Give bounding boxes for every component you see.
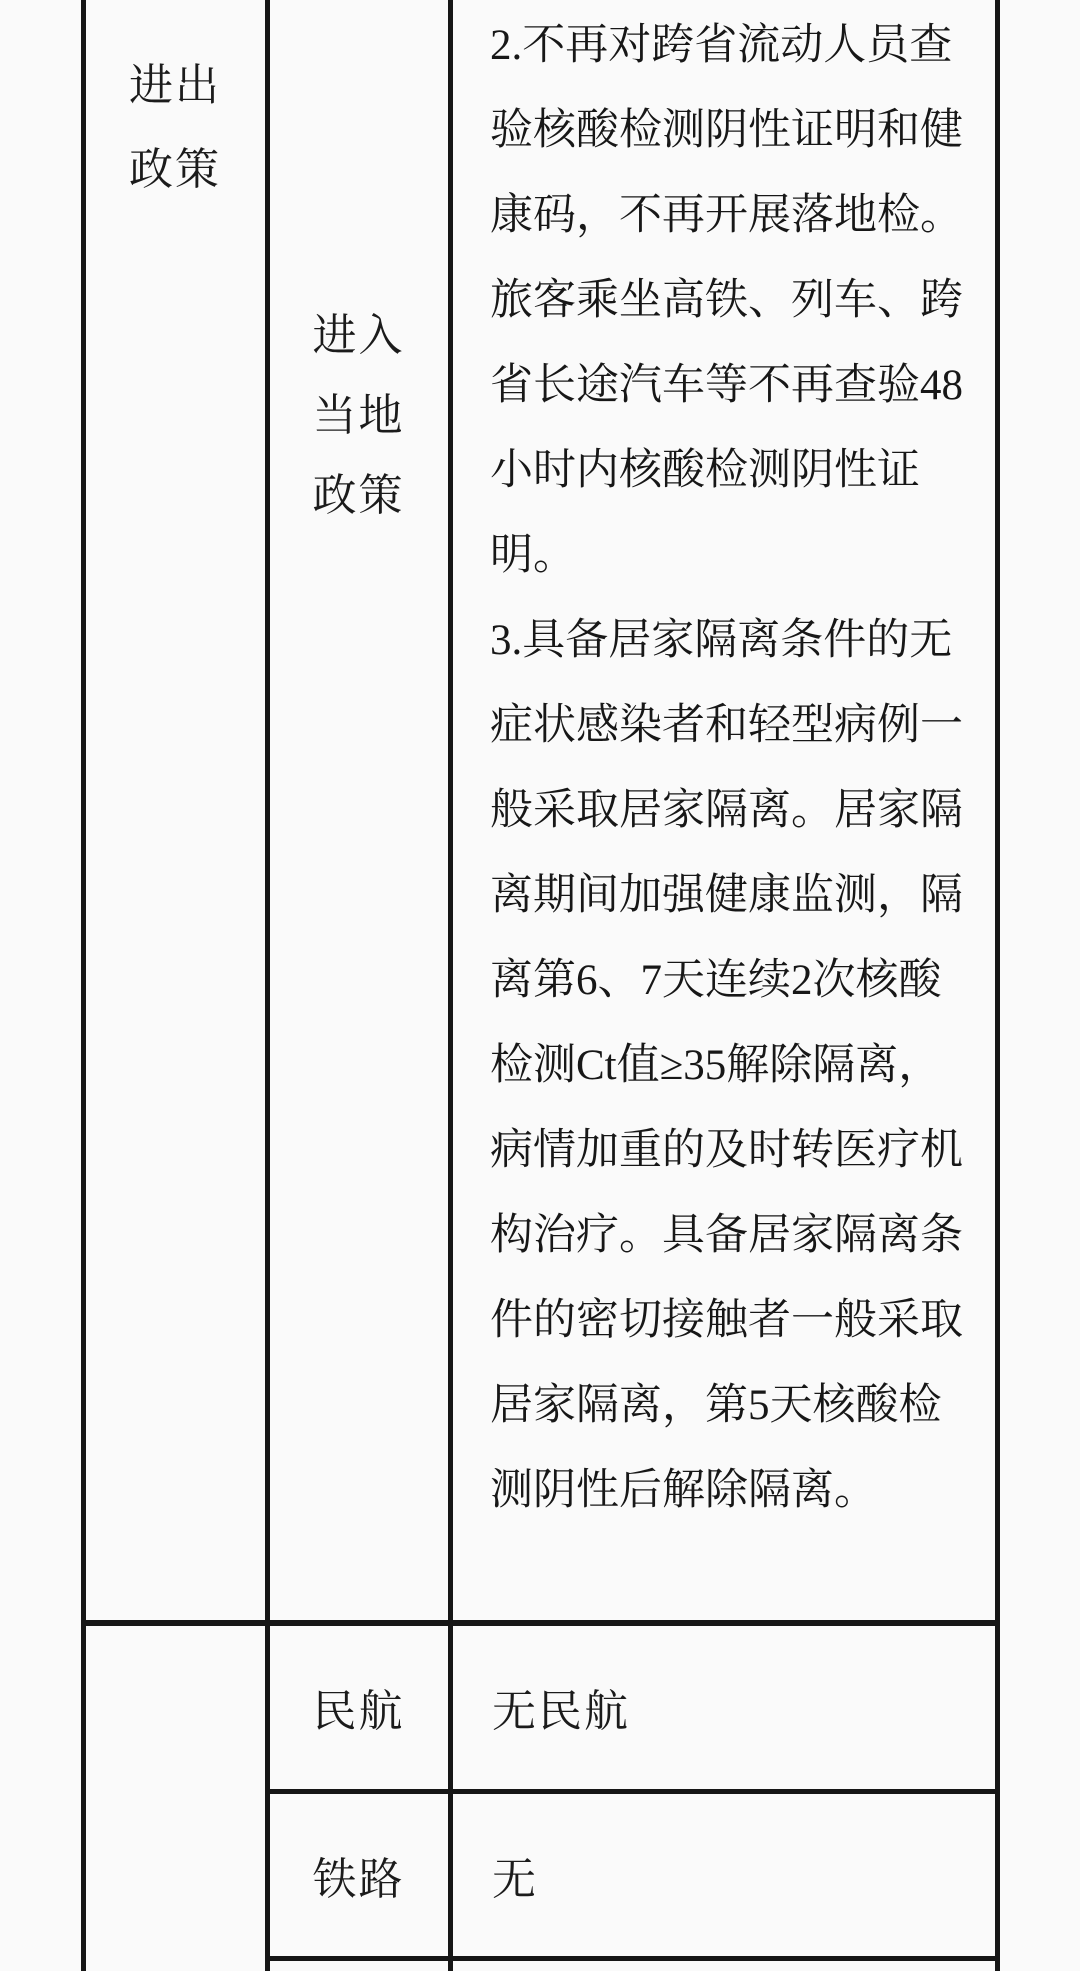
text-line: 检测Ct值≥35解除隔离， — [490, 1023, 970, 1108]
group-label-line: 政策 — [83, 128, 267, 212]
text-line: 症状感染者和轻型病例一 — [490, 683, 970, 768]
text-line: 件的密切接触者一般采取 — [490, 1278, 970, 1363]
text-line: 病情加重的及时转医疗机 — [490, 1108, 970, 1193]
text-line: 般采取居家隔离。居家隔 — [490, 768, 970, 853]
text-line: 明。 — [490, 513, 970, 598]
policy-content-text: 2.不再对跨省流动人员查验核酸检测阴性证明和健康码，不再开展落地检。旅客乘坐高铁… — [490, 3, 970, 1533]
text-line: 康码，不再开展落地检。 — [490, 173, 970, 258]
row-label-enter-local-policy: 进入 当地 政策 — [267, 296, 450, 536]
row-label-line: 当地 — [267, 376, 450, 456]
row-label-line: 进入 — [267, 296, 450, 376]
cell-railway-value: 无 — [492, 1794, 992, 1956]
text-line: 构治疗。具备居家隔离条 — [490, 1193, 970, 1278]
text-line: 离第6、7天连续2次核酸 — [490, 938, 970, 1023]
text-line: 省长途汽车等不再查验48 — [490, 343, 970, 428]
text-line: 小时内核酸检测阴性证 — [490, 428, 970, 513]
group-label-line: 进出 — [83, 44, 267, 128]
text-line: 旅客乘坐高铁、列车、跨 — [490, 258, 970, 343]
text-line: 离期间加强健康监测，隔 — [490, 853, 970, 938]
row-label-civil-aviation: 民航 — [267, 1625, 450, 1789]
table-row-separator-rail-next — [265, 1956, 1000, 1961]
text-line: 居家隔离，第5天核酸检 — [490, 1363, 970, 1448]
document-page: 进出 政策 进入 当地 政策 2.不再对跨省流动人员查验核酸检测阴性证明和健康码… — [0, 0, 1080, 1971]
text-line: 3.具备居家隔离条件的无 — [490, 598, 970, 683]
row-label-railway: 铁路 — [267, 1794, 450, 1956]
table-border-left — [81, 0, 86, 1971]
cell-civil-aviation-value: 无民航 — [492, 1625, 992, 1789]
table-border-right — [995, 0, 1000, 1971]
row-label-line: 政策 — [267, 456, 450, 536]
text-line: 测阴性后解除隔离。 — [490, 1448, 970, 1533]
row-group-label-entry-exit-policy: 进出 政策 — [83, 44, 267, 212]
text-line: 验核酸检测阴性证明和健 — [490, 88, 970, 173]
text-line: 2.不再对跨省流动人员查 — [490, 3, 970, 88]
